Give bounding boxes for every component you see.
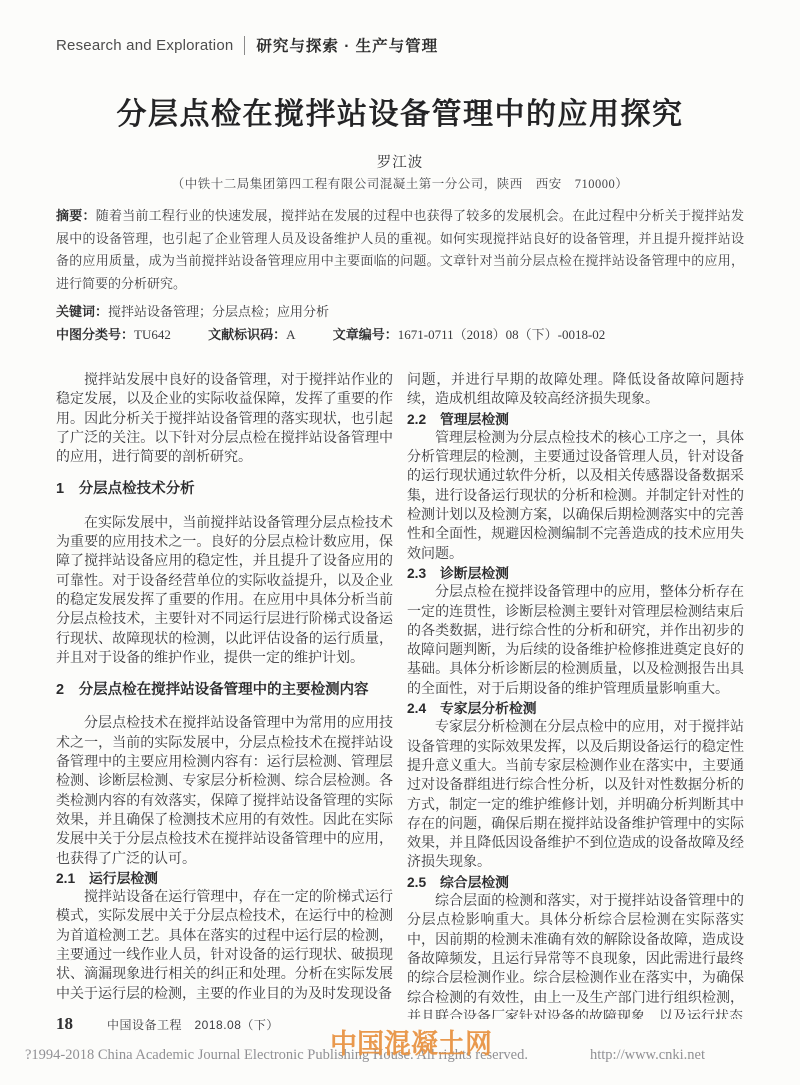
intro-paragraph: 搅拌站发展中良好的设备管理，对于搅拌站作业的稳定发展，以及企业的实际收益保障，发… bbox=[56, 371, 393, 467]
section-2-3-heading: 2.3 诊断层检测 bbox=[407, 564, 744, 583]
left-column: 搅拌站发展中良好的设备管理，对于搅拌站作业的稳定发展，以及企业的实际收益保障，发… bbox=[56, 371, 393, 1019]
page-number: 18 bbox=[56, 1014, 73, 1034]
site-watermark: 中国混凝土网 bbox=[330, 1022, 492, 1061]
front-matter: 摘要：随着当前工程行业的快速发展，搅拌站在发展的过程中也获得了较多的发展机会。在… bbox=[56, 205, 744, 346]
abstract-text: 随着当前工程行业的快速发展，搅拌站在发展的过程中也获得了较多的发展机会。在此过程… bbox=[56, 208, 744, 291]
cnki-url: http://www.cnki.net bbox=[590, 1047, 705, 1063]
keywords-text: 搅拌站设备管理；分层点检；应用分析 bbox=[108, 304, 329, 319]
section-2-1-continuation: 问题，并进行早期的故障处理。降低设备故障问题持续，造成机组故障及较高经济损失现象… bbox=[407, 371, 744, 410]
document-code: 文献标识码：A bbox=[208, 327, 295, 342]
page-footer: 18 中国设备工程 2018.08（下） bbox=[56, 1014, 279, 1034]
running-head: Research and Exploration 研究与探索 · 生产与管理 bbox=[56, 34, 438, 56]
clc-number: 中图分类号：TU642 bbox=[56, 327, 171, 342]
section-2-2-heading: 2.2 管理层检测 bbox=[407, 410, 744, 429]
section-2-3-paragraph: 分层点检在搅拌设备管理中的应用，整体分析存在一定的连贯性，诊断层检测主要针对管理… bbox=[407, 583, 744, 699]
section-2-1-heading: 2.1 运行层检测 bbox=[56, 869, 393, 888]
abstract: 摘要：随着当前工程行业的快速发展，搅拌站在发展的过程中也获得了较多的发展机会。在… bbox=[56, 205, 744, 295]
running-head-english: Research and Exploration bbox=[56, 37, 233, 54]
section-2-5-paragraph: 综合层面的检测和落实，对于搅拌站设备管理中的分层点检影响重大。具体分析综合层检测… bbox=[407, 892, 744, 1019]
section-2-1-paragraph: 搅拌站设备在运行管理中，存在一定的阶梯式运行模式，实际发展中关于分层点检技术，在… bbox=[56, 888, 393, 1004]
section-2-2-paragraph: 管理层检测为分层点检技术的核心工序之一，具体分析管理层的检测，主要通过设备管理人… bbox=[407, 429, 744, 564]
header-divider bbox=[244, 36, 245, 55]
abstract-label: 摘要： bbox=[56, 208, 96, 223]
paper-title: 分层点检在搅拌站设备管理中的应用探究 bbox=[0, 89, 800, 133]
section-2-4-heading: 2.4 专家层分析检测 bbox=[407, 699, 744, 718]
section-2-4-paragraph: 专家层分析检测在分层点检中的应用，对于搅拌站设备管理的实际效果发挥，以及后期设备… bbox=[407, 718, 744, 872]
section-2-heading: 2 分层点检在搅拌站设备管理中的主要检测内容 bbox=[56, 681, 393, 700]
body-columns: 搅拌站发展中良好的设备管理，对于搅拌站作业的稳定发展，以及企业的实际收益保障，发… bbox=[56, 371, 744, 1019]
author-affiliation: （中铁十二局集团第四工程有限公司混凝土第一分公司，陕西 西安 710000） bbox=[0, 174, 800, 192]
journal-issue: 中国设备工程 2018.08（下） bbox=[107, 1016, 279, 1033]
section-1-paragraph: 在实际发展中，当前搅拌站设备管理分层点检技术为重要的应用技术之一。良好的分层点检… bbox=[56, 514, 393, 668]
running-head-section: 研究与探索 · 生产与管理 bbox=[256, 34, 438, 56]
author-name: 罗江波 bbox=[0, 151, 800, 172]
article-number: 文章编号：1671-0711（2018）08（下）-0018-02 bbox=[333, 327, 606, 342]
section-1-heading: 1 分层点检技术分析 bbox=[56, 480, 393, 499]
classification-line: 中图分类号：TU642 文献标识码：A 文章编号：1671-0711（2018）… bbox=[56, 324, 744, 346]
section-2-5-heading: 2.5 综合层检测 bbox=[407, 873, 744, 892]
keywords: 关键词：搅拌站设备管理；分层点检；应用分析 bbox=[56, 301, 744, 323]
right-column: 问题，并进行早期的故障处理。降低设备故障问题持续，造成机组故障及较高经济损失现象… bbox=[407, 371, 744, 1019]
journal-page: Research and Exploration 研究与探索 · 生产与管理 分… bbox=[0, 0, 800, 1085]
keywords-label: 关键词： bbox=[56, 304, 108, 319]
section-2-paragraph: 分层点检技术在搅拌站设备管理中为常用的应用技术之一，当前的实际发展中，分层点检技… bbox=[56, 714, 393, 868]
